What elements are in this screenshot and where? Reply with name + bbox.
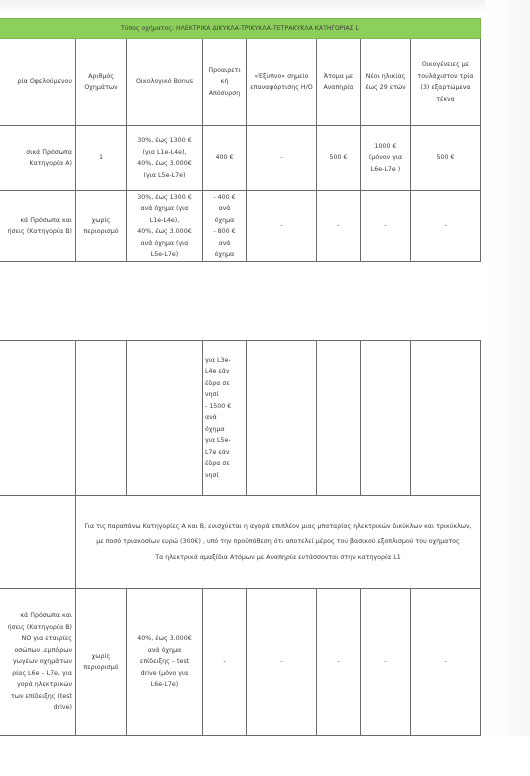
cell-vehicles: 1	[76, 126, 127, 191]
subsidy-table-page-2: για L3e- L4e εάν έδρα σε νησί - 1500 € α…	[0, 340, 481, 736]
cell-young	[361, 341, 411, 496]
note-cell: Για τις παραπάνω Κατηγορίες Α και Β, ενι…	[76, 496, 481, 589]
table-row: σικά Πρόσωπα Κατηγορία Α) 1 30%, έως 130…	[0, 126, 481, 191]
table-row-continuation: για L3e- L4e εάν έδρα σε νησί - 1500 € α…	[0, 341, 481, 496]
cell-eco-bonus: 30%, έως 1300 € ανά όχημα (για L1e-L4e),…	[127, 191, 203, 262]
note-row: Για τις παραπάνω Κατηγορίες Α και Β, ενι…	[0, 496, 481, 589]
cell-young: -	[361, 191, 411, 262]
cell-families	[411, 341, 481, 496]
cell-charging-point: -	[247, 126, 317, 191]
note-wheelchairs: Τα ηλεκτρικά αμαξίδια Ατόμων με Αναπηρία…	[80, 550, 476, 566]
cell-scrappage: - 400 € ανά όχημα - 800 € ανά όχημα	[203, 191, 247, 262]
header-young: Νέοι ηλικίας έως 29 ετών	[361, 39, 411, 126]
header-scrappage: Προαιρετι κή Απόσυρση	[203, 39, 247, 126]
header-eco-bonus: Οικολογικό Bonus	[127, 39, 203, 126]
page-right-margin	[485, 0, 530, 776]
cell-eco-bonus	[127, 341, 203, 496]
cell-charging-point: -	[247, 589, 317, 736]
header-families: Οικογένειες με τουλάχιστον τρία (3) εξαρ…	[411, 39, 481, 126]
subsidy-table-page-1: Τύπος οχήματος: ΗΛΕΚΤΡΙΚΑ ΔΙΚΥΚΛΑ-ΤΡΙΚΥΚ…	[0, 18, 481, 262]
cell-charging-point	[247, 341, 317, 496]
cell-beneficiary: κά Πρόσωπα και ήσεις (Κατηγορία Β)	[0, 191, 76, 262]
cell-families: -	[411, 191, 481, 262]
cell-scrappage: 400 €	[203, 126, 247, 191]
cell-disability: 500 €	[317, 126, 361, 191]
header-vehicles: Αριθμός Οχημάτων	[76, 39, 127, 126]
page-bottom-blank	[0, 736, 530, 776]
cell-vehicles: χωρίς περιορισμό	[76, 589, 127, 736]
cell-scrappage: για L3e- L4e εάν έδρα σε νησί - 1500 € α…	[203, 341, 247, 496]
cell-families: 500 €	[411, 126, 481, 191]
cell-beneficiary	[0, 496, 76, 589]
cell-young: 1000 € (μόνον για L6e-L7e )	[361, 126, 411, 191]
cell-vehicles	[76, 341, 127, 496]
cell-beneficiary	[0, 341, 76, 496]
cell-families: -	[411, 589, 481, 736]
cell-disability	[317, 341, 361, 496]
cell-eco-bonus: 30%, έως 1300 € (για L1e-L4e), 40%, έως …	[127, 126, 203, 191]
table-row: κά Πρόσωπα και ήσεις (Κατηγορία Β) ΝΟ γι…	[0, 589, 481, 736]
cell-disability: -	[317, 589, 361, 736]
header-beneficiary: ρία Οφελούμενου	[0, 39, 76, 126]
header-row: ρία Οφελούμενου Αριθμός Οχημάτων Οικολογ…	[0, 39, 481, 126]
cell-beneficiary: κά Πρόσωπα και ήσεις (Κατηγορία Β) ΝΟ γι…	[0, 589, 76, 736]
cell-eco-bonus: 40%, έως 3.000€ ανά όχημα επίδειξης – te…	[127, 589, 203, 736]
header-charging-point: «Έξυπνο» σημείο επαναφόρτισης Η/Ο	[247, 39, 317, 126]
header-disability: Άτομα με Αναπηρία	[317, 39, 361, 126]
table-row: κά Πρόσωπα και ήσεις (Κατηγορία Β) χωρίς…	[0, 191, 481, 262]
cell-vehicles: χωρίς περιορισμό	[76, 191, 127, 262]
cell-young: -	[361, 589, 411, 736]
table-title: Τύπος οχήματος: ΗΛΕΚΤΡΙΚΑ ΔΙΚΥΚΛΑ-ΤΡΙΚΥΚ…	[0, 19, 481, 39]
cell-beneficiary: σικά Πρόσωπα Κατηγορία Α)	[0, 126, 76, 191]
cell-charging-point: -	[247, 191, 317, 262]
note-battery: Για τις παραπάνω Κατηγορίες Α και Β, ενι…	[80, 519, 476, 550]
cell-disability: -	[317, 191, 361, 262]
page-top-shadow	[0, 0, 530, 14]
cell-scrappage: -	[203, 589, 247, 736]
